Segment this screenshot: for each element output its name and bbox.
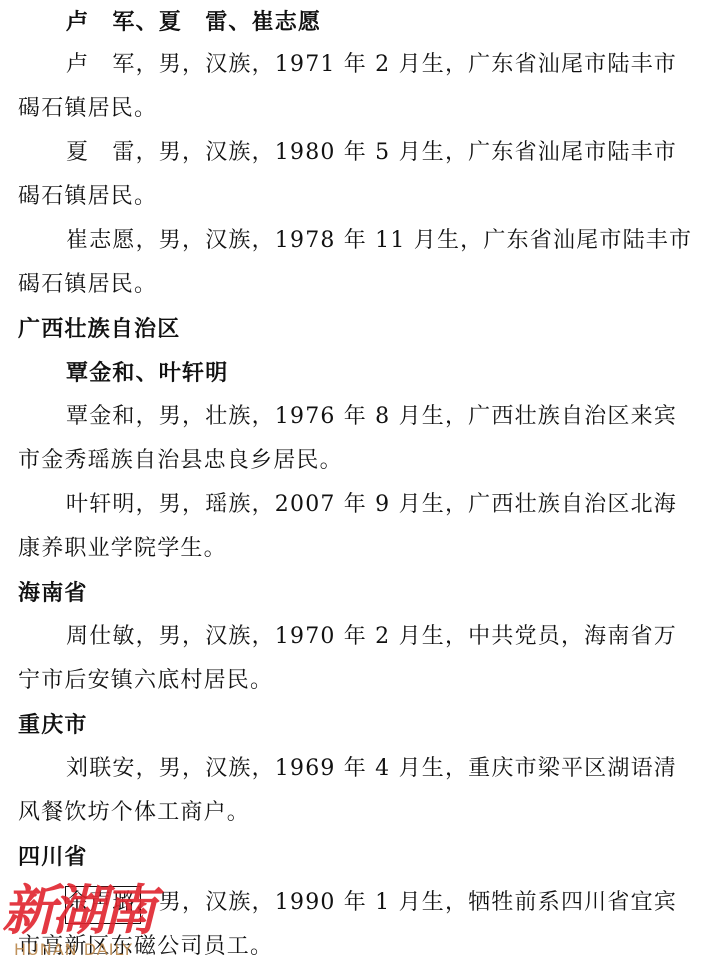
text-line: 叶轩明，男，瑶族，2007 年 9 月生，广西壮族自治区北海 (66, 483, 677, 527)
watermark-logo: 新湖南 (2, 868, 152, 945)
watermark-subtitle: HUNAN DAILY (14, 940, 133, 959)
text-line: 夏 雷，男，汉族，1980 年 5 月生，广东省汕尾市陆丰市 (66, 131, 677, 175)
text-line: 康养职业学院学生。 (18, 527, 227, 571)
text-line: 碣石镇居民。 (18, 87, 157, 131)
text-line: 刘联安，男，汉族，1969 年 4 月生，重庆市梁平区湖语清 (66, 747, 677, 791)
section-heading: 覃金和、叶轩明 (66, 351, 228, 395)
text-line: 碣石镇居民。 (18, 263, 157, 307)
text-line: 市金秀瑶族自治县忠良乡居民。 (18, 439, 343, 483)
text-line: 周仕敏，男，汉族，1970 年 2 月生，中共党员，海南省万 (66, 615, 677, 659)
section-heading: 重庆市 (18, 703, 88, 747)
text-line: 覃金和，男，壮族，1976 年 8 月生，广西壮族自治区来宾 (66, 395, 677, 439)
text-line: 风餐饮坊个体工商户。 (18, 791, 250, 835)
text-line: 崔志愿，男，汉族，1978 年 11 月生，广东省汕尾市陆丰市 (66, 219, 692, 263)
text-line: 卢 军，男，汉族，1971 年 2 月生，广东省汕尾市陆丰市 (66, 43, 677, 87)
text-line: 宁市后安镇六底村居民。 (18, 659, 273, 703)
section-heading: 海南省 (18, 571, 88, 615)
watermark: 新湖南 HUNAN DAILY (0, 868, 160, 964)
section-heading: 卢 军、夏 雷、崔志愿 (66, 0, 321, 44)
section-heading: 广西壮族自治区 (18, 307, 180, 351)
text-line: 碣石镇居民。 (18, 175, 157, 219)
